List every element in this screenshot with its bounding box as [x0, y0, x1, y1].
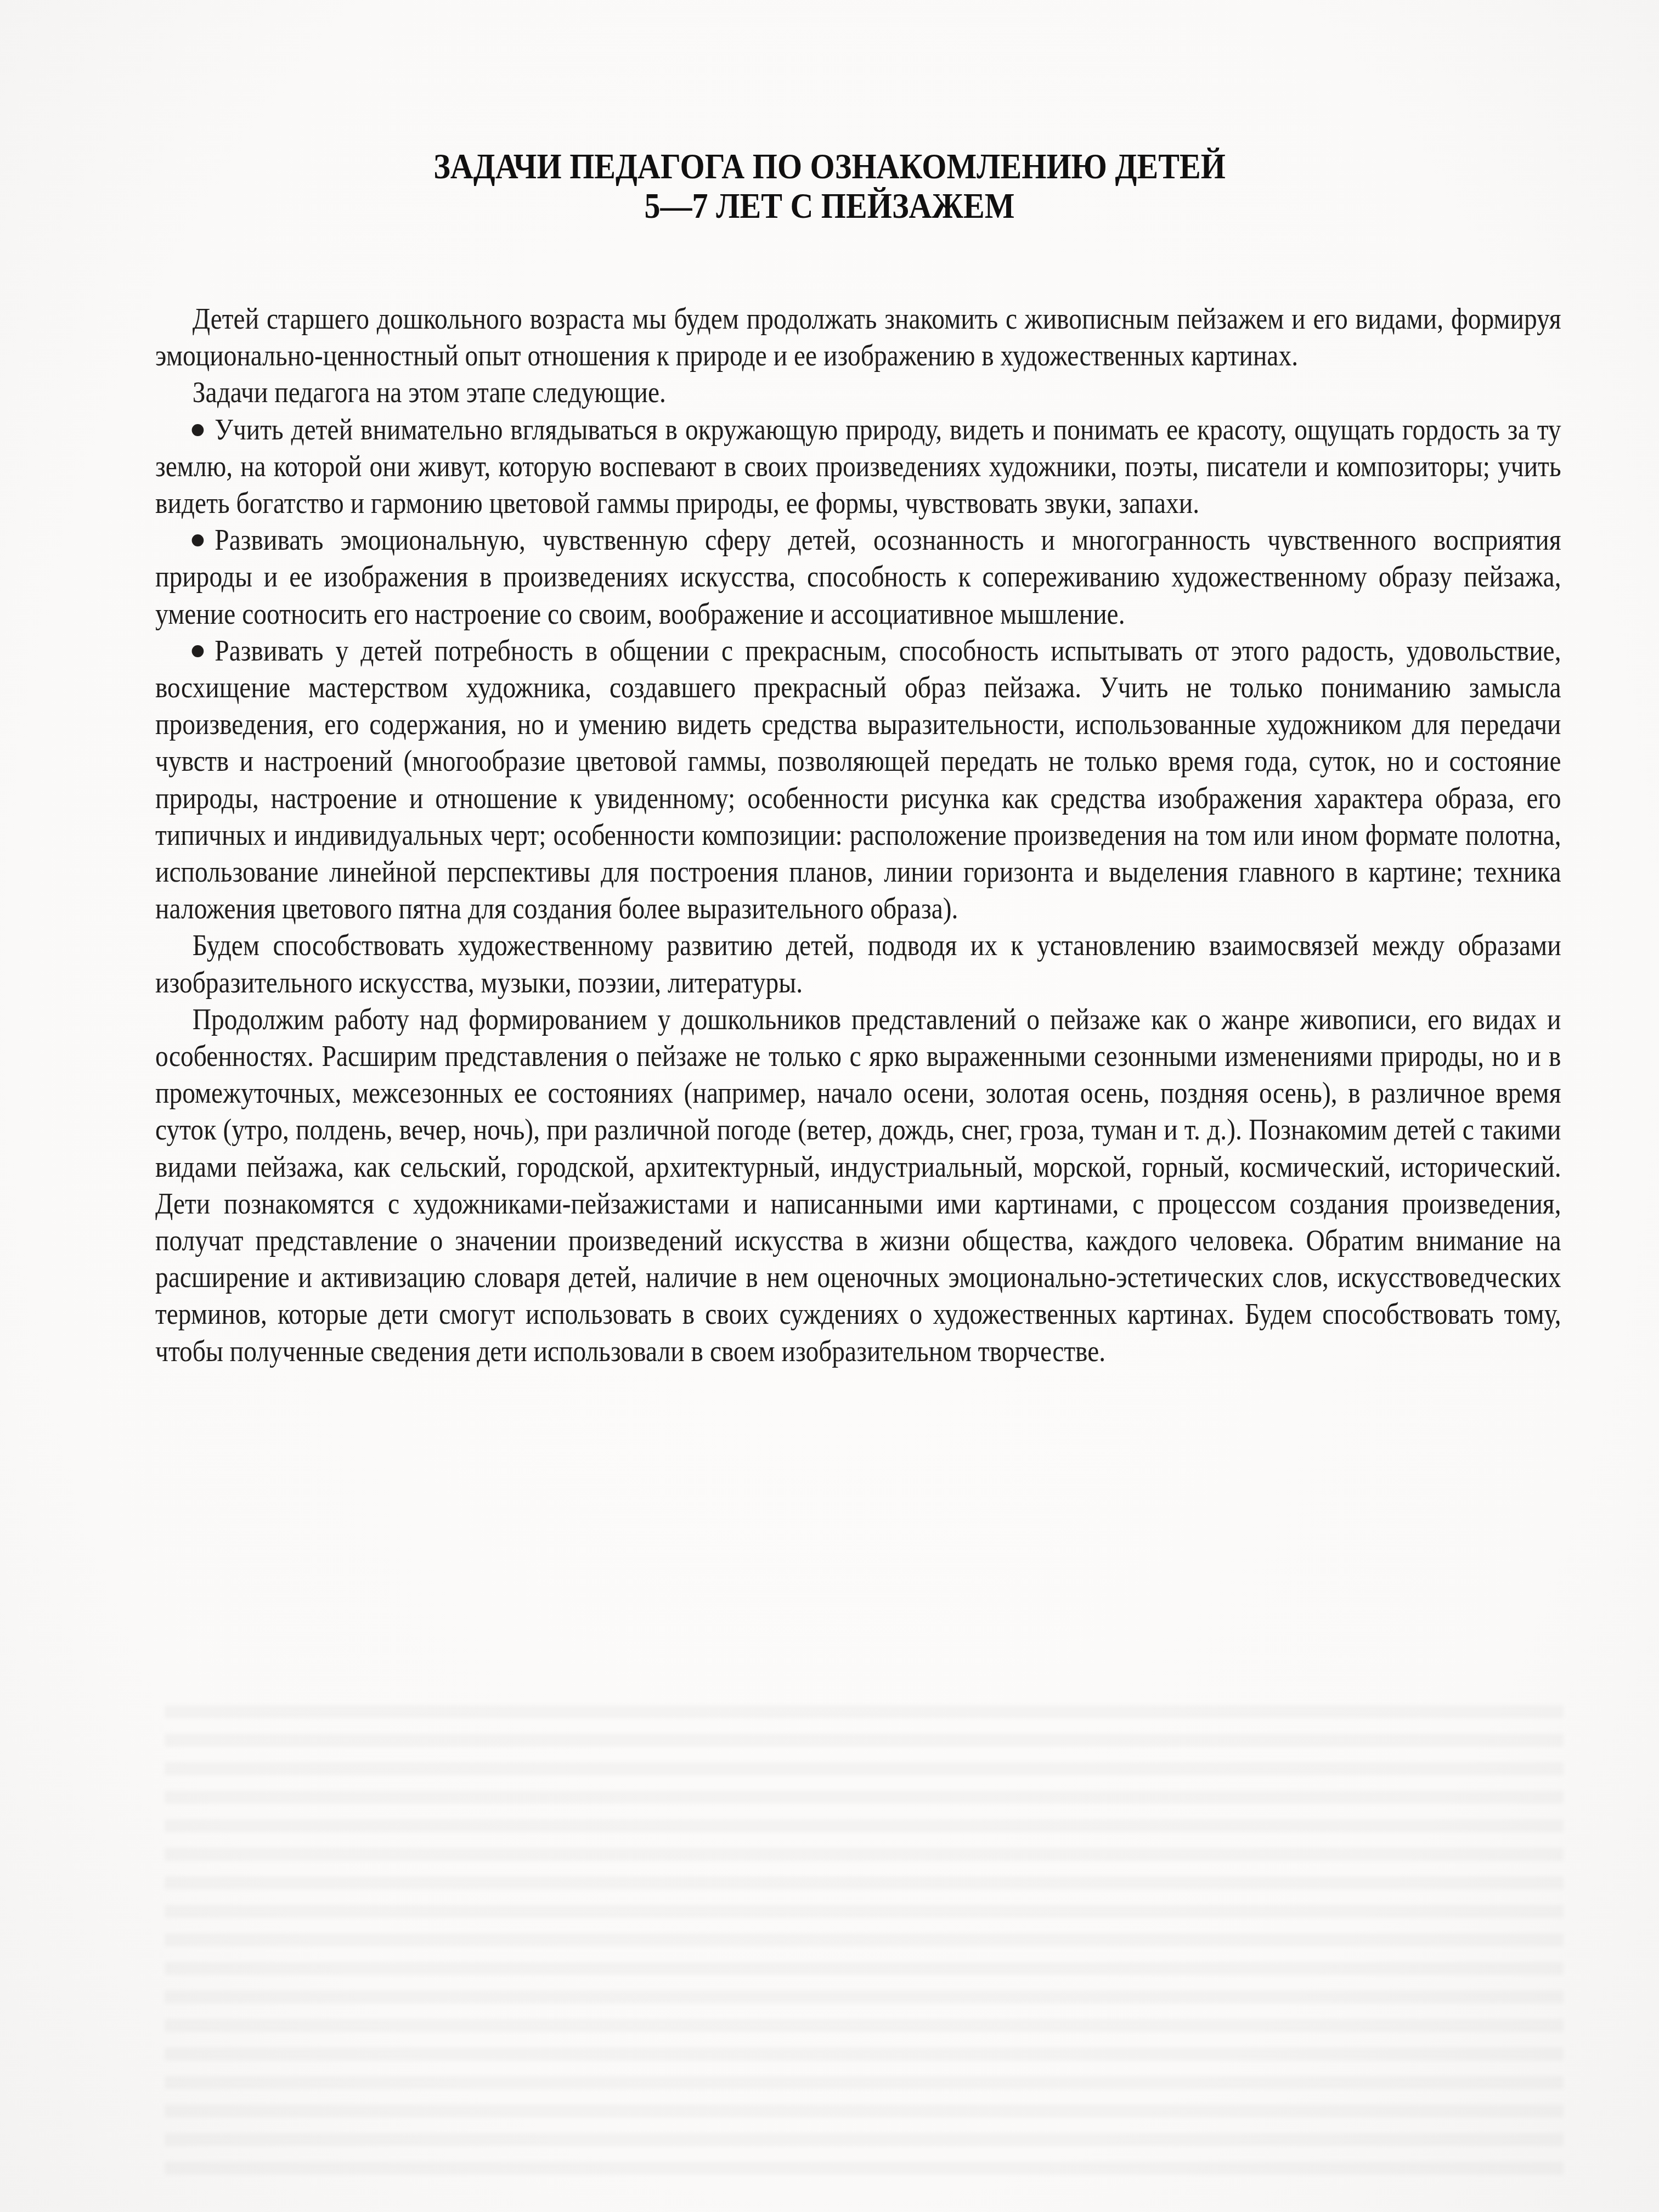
page-title: ЗАДАЧИ ПЕДАГОГА ПО ОЗНАКОМЛЕНИЮ ДЕТЕЙ 5—…: [99, 147, 1559, 226]
bullet-item: Развивать у детей потребность в общении …: [155, 633, 1561, 928]
paragraph-intro: Детей старшего дошкольного возраста мы б…: [155, 301, 1561, 374]
body-text: Детей старшего дошкольного возраста мы б…: [155, 301, 1561, 1370]
paragraph-artistic-development: Будем способствовать художественному раз…: [155, 927, 1561, 1001]
paragraph-text: Продолжим работу над формированием у дош…: [155, 1003, 1561, 1368]
bullet-text: Учить детей внимательно вглядываться в о…: [155, 413, 1561, 520]
paragraph-landscape-genre: Продолжим работу над формированием у дош…: [155, 1001, 1561, 1370]
paragraph-tasks-lead: Задачи педагога на этом этапе следующие.: [155, 374, 1561, 411]
bullet-icon: [192, 645, 204, 657]
title-line-1: ЗАДАЧИ ПЕДАГОГА ПО ОЗНАКОМЛЕНИЮ ДЕТЕЙ: [99, 147, 1559, 187]
bullet-item: Учить детей внимательно вглядываться в о…: [155, 411, 1561, 522]
book-page: ЗАДАЧИ ПЕДАГОГА ПО ОЗНАКОМЛЕНИЮ ДЕТЕЙ 5—…: [0, 0, 1659, 2212]
title-line-2: 5—7 ЛЕТ С ПЕЙЗАЖЕМ: [99, 187, 1559, 226]
bullet-item: Развивать эмоциональную, чувственную сфе…: [155, 522, 1561, 633]
paragraph-text: Задачи педагога на этом этапе следующие.: [193, 376, 666, 409]
bullet-text: Развивать у детей потребность в общении …: [155, 634, 1561, 925]
bullet-text: Развивать эмоциональную, чувственную сфе…: [155, 523, 1561, 630]
paragraph-text: Детей старшего дошкольного возраста мы б…: [155, 302, 1561, 372]
bullet-icon: [192, 424, 204, 436]
paragraph-text: Будем способствовать художественному раз…: [155, 929, 1561, 998]
bullet-icon: [192, 534, 204, 546]
reverse-page-show-through: [165, 1690, 1564, 2183]
